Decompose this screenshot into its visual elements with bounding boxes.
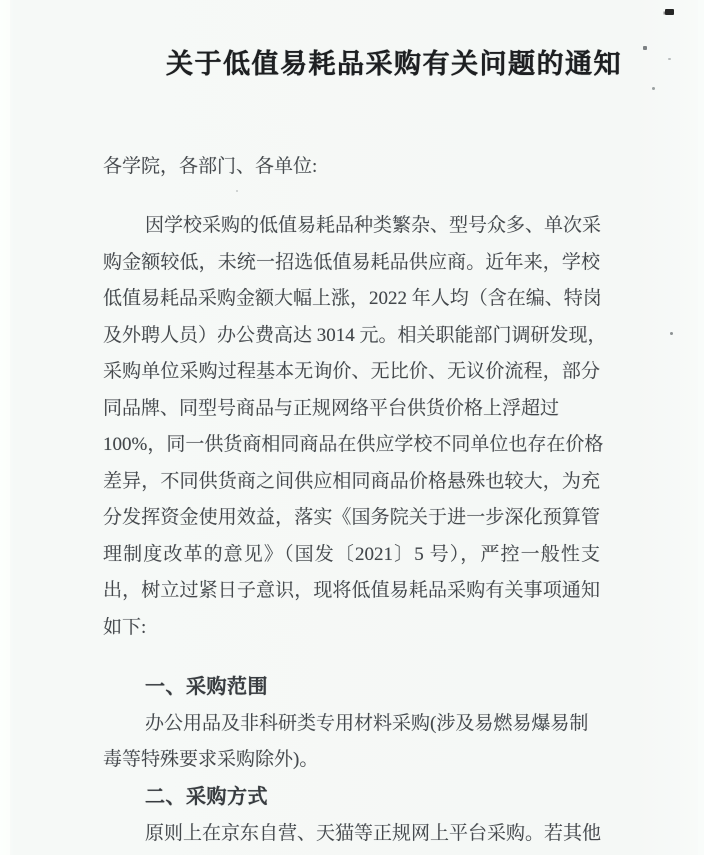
scanned-notice-page: 关于低值易耗品采购有关问题的通知 各学院，各部门、各单位: 因学校采购的低值易耗… bbox=[0, 0, 704, 855]
section-1-line: 办公用品及非科研类专用材料采购(涉及易燃易爆易制 bbox=[103, 706, 612, 743]
body-line: 采购单位采购过程基本无询价、无比价、无议价流程，部分 bbox=[103, 354, 600, 391]
body-line: 如下: bbox=[103, 610, 600, 647]
section-procurement-scope: 一、采购范围 办公用品及非科研类专用材料采购(涉及易燃易爆易制 毒等特殊要求采购… bbox=[103, 669, 600, 779]
body-line: 及外聘人员）办公费高达 3014 元。相关职能部门调研发现， bbox=[103, 318, 600, 355]
body-line: 同品牌、同型号商品与正规网络平台供货价格上浮超过 bbox=[103, 391, 600, 428]
ink-speck bbox=[670, 332, 673, 335]
section-1-line: 毒等特殊要求采购除外)。 bbox=[103, 742, 600, 779]
body-line: 理制度改革的意见》（国发〔2021〕5 号），严控一般性支 bbox=[103, 537, 600, 574]
intro-paragraph: 因学校采购的低值易耗品种类繁杂、型号众多、单次采 购金额较低，未统一招选低值易耗… bbox=[103, 208, 600, 646]
body-line: 差异，不同供货商之间供应相同商品价格悬殊也较大，为充 bbox=[103, 464, 600, 501]
body-line: 100%，同一供货商相同商品在供应学校不同单位也存在价格 bbox=[103, 427, 600, 464]
section-1-heading: 一、采购范围 bbox=[103, 669, 600, 706]
body-line: 低值易耗品采购金额大幅上涨，2022 年人均（含在编、特岗 bbox=[103, 281, 600, 318]
scan-edge-highlight bbox=[698, 0, 704, 855]
ink-speck bbox=[668, 58, 671, 60]
ink-speck bbox=[665, 9, 674, 15]
page-title: 关于低值易耗品采购有关问题的通知 bbox=[166, 42, 622, 81]
body-line: 分发挥资金使用效益，落实《国务院关于进一步深化预算管 bbox=[103, 500, 600, 537]
section-2-heading: 二、采购方式 bbox=[103, 779, 600, 816]
ink-speck bbox=[652, 87, 655, 90]
section-2-line: 原则上在京东自营、天猫等正规网上平台采购。若其他 bbox=[103, 816, 612, 853]
salutation-line: 各学院，各部门、各单位: bbox=[103, 151, 317, 178]
ink-speck bbox=[236, 190, 238, 192]
ink-speck bbox=[643, 46, 647, 50]
section-procurement-method: 二、采购方式 原则上在京东自营、天猫等正规网上平台采购。若其他 bbox=[103, 779, 600, 852]
body-line: 出，树立过紧日子意识，现将低值易耗品采购有关事项通知 bbox=[103, 573, 600, 610]
scan-edge-highlight bbox=[0, 0, 10, 855]
body-line: 购金额较低，未统一招选低值易耗品供应商。近年来，学校 bbox=[103, 245, 600, 282]
body-line: 因学校采购的低值易耗品种类繁杂、型号众多、单次采 bbox=[103, 208, 600, 245]
